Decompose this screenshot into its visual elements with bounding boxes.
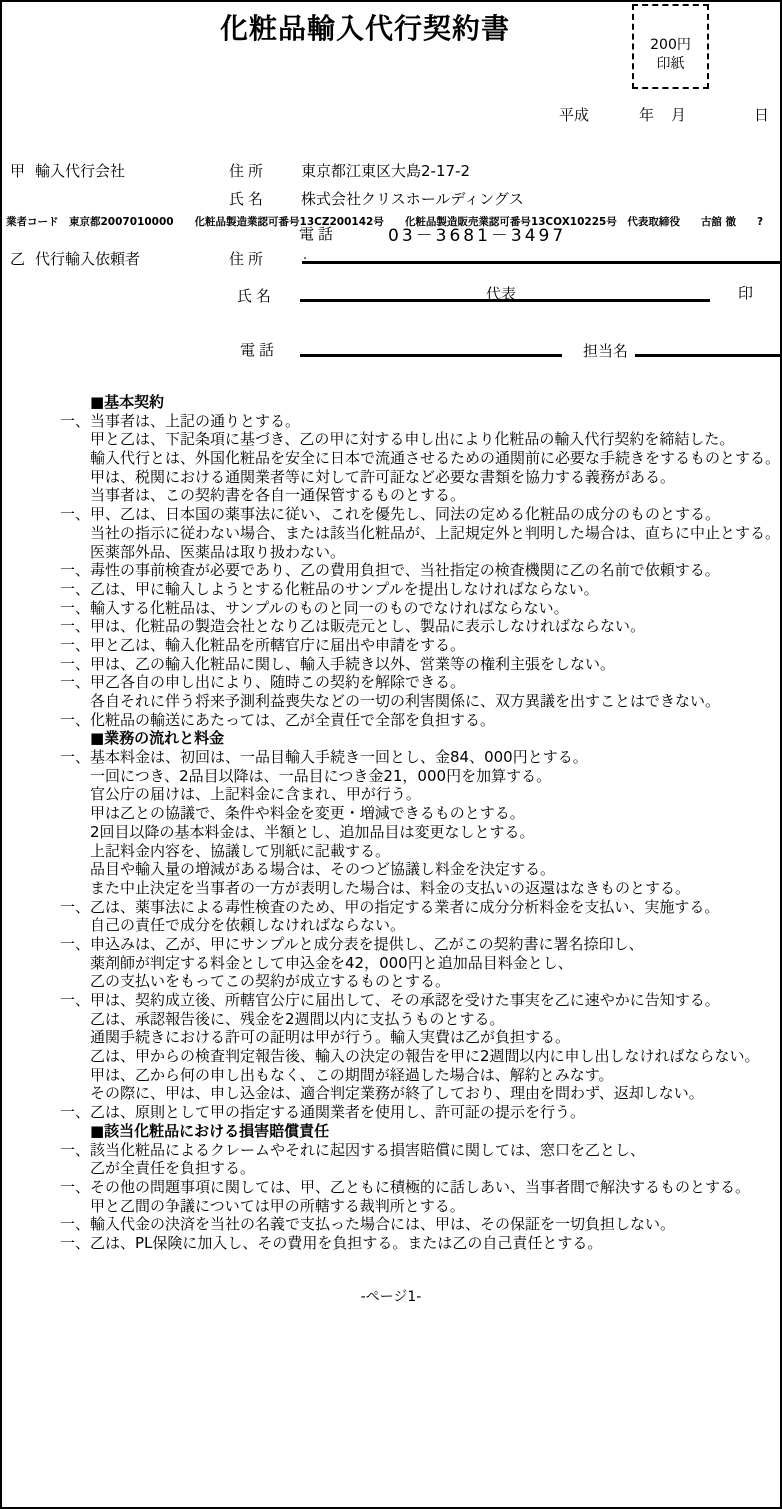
clause-marker: 一、: [60, 580, 90, 599]
clause-marker: 一、: [60, 412, 90, 431]
contract-clause-line: その際に、甲は、申し込金は、適合判定業務が終了しており、理由を問わず、返却しない…: [90, 1084, 780, 1103]
contract-clause-line: 一、該当化粧品によるクレームやそれに起因する損害賠償に関しては、窓口を乙とし、: [60, 1141, 780, 1160]
contract-clause-line: 薬剤師が判定する料金として申込金を42，000円と追加品目料金とし、: [90, 954, 780, 973]
party-b-role-name: 代行輸入依頼者: [35, 248, 140, 269]
contract-clause-line: 自己の責任で成分を依頼しなければならない。: [90, 916, 780, 935]
date-line: 平成 年 月 日: [2, 104, 780, 124]
contract-clause-line: 一回につき、2品目以降は、一品目につき金21，000円を加算する。: [90, 767, 780, 786]
revenue-stamp-box: 200円 印紙: [632, 4, 709, 89]
contract-clause-line: 当事者は、この契約書を各自一通保管するものとする。: [90, 486, 780, 505]
contract-clause-line: 一、甲と乙は、輸入化粧品を所轄官庁に届出や申請をする。: [60, 636, 780, 655]
party-a-address: 東京都江東区大島2-17-2: [301, 160, 470, 181]
party-a-phone-label: 電話: [299, 223, 337, 244]
clause-marker: 一、: [60, 655, 90, 674]
party-a-role-name: 輸入代行会社: [35, 160, 125, 181]
stamp-label: 印紙: [657, 55, 685, 74]
contract-clause-line: 2回目以降の基本料金は、半額とし、追加品目は変更なしとする。: [90, 823, 780, 842]
party-b-seal-label: 印: [738, 282, 753, 303]
contract-clause-line: 乙は、承認報告後に、残金を2週間以内に支払うものとする。: [90, 1010, 780, 1029]
contract-page: 化粧品輸入代行契約書 200円 印紙 平成 年 月 日 甲 輸入代行会社 住所 …: [0, 0, 782, 1509]
contract-clause-line: 通関手続きにおける許可の証明は甲が行う。輸入実費は乙が負担する。: [90, 1028, 780, 1047]
clause-marker: 一、: [60, 748, 90, 767]
contract-clause-line: 一、当事者は、上記の通りとする。: [60, 412, 780, 431]
contract-clause-line: 当社の指示に従わない場合、または該当化粧品が、上記規定外と判明した場合は、直ちに…: [90, 524, 780, 543]
contract-clause-line: 甲と乙間の争議については甲の所轄する裁判所とする。: [90, 1197, 780, 1216]
section-header: ■該当化粧品における損害賠償責任: [90, 1122, 780, 1141]
clause-marker: 一、: [60, 561, 90, 580]
date-month-label: 月: [671, 104, 686, 125]
page-number-footer: -ページ1-: [2, 1286, 780, 1306]
party-a-role: 甲: [10, 160, 25, 181]
contract-clause-line: 甲は、税関における通関業者等に対して許可証など必要な書類を協力する義務がある。: [90, 468, 780, 487]
contract-clause-line: 一、申込みは、乙が、甲にサンプルと成分表を提供し、乙がこの契約書に署名捺印し、: [60, 935, 780, 954]
section-header: ■基本契約: [90, 393, 780, 412]
contract-clause-line: 一、輸入する化粧品は、サンプルのものと同一のものでなければならない。: [60, 599, 780, 618]
stamp-amount: 200円: [650, 36, 691, 55]
date-day-label: 日: [754, 104, 769, 125]
clause-marker: 一、: [60, 505, 90, 524]
section-header: ■業務の流れと料金: [90, 729, 780, 748]
clause-marker: 一、: [60, 1103, 90, 1122]
clause-marker: 一、: [60, 1215, 90, 1234]
party-b-address-blank-line: [302, 261, 782, 264]
contract-body: ■基本契約一、当事者は、上記の通りとする。甲と乙は、下記条項に基づき、乙の甲に対…: [2, 393, 780, 1253]
clause-marker: 一、: [60, 617, 90, 636]
party-a-address-label: 住所: [229, 160, 267, 181]
clause-marker: 一、: [60, 991, 90, 1010]
contract-clause-line: 品目や輸入量の増減がある場合は、そのつど協議し料金を決定する。: [90, 860, 780, 879]
party-b-phone-blank-line: [300, 354, 562, 357]
party-b-contact-blank-line: [635, 354, 782, 357]
party-b-phone-label: 電話: [240, 339, 278, 360]
contract-clause-line: 一、乙は、甲に輸入しようとする化粧品のサンプルを提出しなければならない。: [60, 580, 780, 599]
party-a-name-label: 氏名: [229, 188, 267, 209]
contract-clause-line: 上記料金内容を、協議して別紙に記載する。: [90, 842, 780, 861]
clause-marker: 一、: [60, 1234, 90, 1253]
date-year-label: 年: [639, 104, 654, 125]
contract-clause-line: 一、甲乙各自の申し出により、随時この契約を解除できる。: [60, 673, 780, 692]
contract-clause-line: 一、乙は、PL保険に加入し、その費用を負担する。または乙の自己責任とする。: [60, 1234, 780, 1253]
clause-marker: 一、: [60, 1178, 90, 1197]
contract-clause-line: 一、基本料金は、初回は、一品目輸入手続き一回とし、金84、000円とする。: [60, 748, 780, 767]
contract-clause-line: 各自それに伴う将来予測利益喪失などの一切の利害関係に、双方異議を出すことはできな…: [90, 692, 780, 711]
clause-marker: 一、: [60, 599, 90, 618]
contract-clause-line: 一、甲、乙は、日本国の薬事法に従い、これを優先し、同法の定める化粧品の成分のもの…: [60, 505, 780, 524]
contract-clause-line: 甲は、乙から何の申し出もなく、この期間が経過した場合は、解約とみなす。: [90, 1066, 780, 1085]
contract-clause-line: 一、その他の問題事項に関しては、甲、乙ともに積極的に話しあい、当事者間で解決する…: [60, 1178, 780, 1197]
party-b-name-blank-line: [300, 299, 710, 302]
party-b-contact-label: 担当名: [583, 340, 628, 361]
contract-clause-line: 甲と乙は、下記条項に基づき、乙の甲に対する申し出により化粧品の輸入代行契約を締結…: [90, 430, 780, 449]
contract-clause-line: 乙が全責任を負担する。: [90, 1159, 780, 1178]
clause-marker: 一、: [60, 1141, 90, 1160]
contract-clause-line: 一、毒性の事前検査が必要であり、乙の費用負担で、当社指定の検査機関に乙の名前で依…: [60, 561, 780, 580]
contract-clause-line: 乙の支払いをもってこの契約が成立するものとする。: [90, 972, 780, 991]
contract-clause-line: 一、乙は、薬事法による毒性検査のため、甲の指定する業者に成分分析料金を支払い、実…: [60, 898, 780, 917]
contract-clause-line: 一、甲は、化粧品の製造会社となり乙は販売元とし、製品に表示しなければならない。: [60, 617, 780, 636]
contract-clause-line: 医薬部外品、医薬品は取り扱わない。: [90, 543, 780, 562]
party-a-phone-number: 03－3681－3497: [388, 221, 566, 246]
clause-marker: 一、: [60, 935, 90, 954]
contract-clause-line: 官公庁の届けは、上記料金に含まれ、甲が行う。: [90, 785, 780, 804]
contract-clause-line: また中止決定を当事者の一方が表明した場合は、料金の支払いの返還はなきものとする。: [90, 879, 780, 898]
contract-clause-line: 一、乙は、原則として甲の指定する通関業者を使用し、許可証の提示を行う。: [60, 1103, 780, 1122]
page-title: 化粧品輸入代行契約書: [2, 7, 728, 47]
contract-clause-line: 乙は、甲からの検査判定報告後、輸入の決定の報告を甲に2週間以内に申し出しなければ…: [90, 1047, 780, 1066]
contract-clause-line: 一、輸入代金の決済を当社の名義で支払った場合には、甲は、その保証を一切負担しない…: [60, 1215, 780, 1234]
clause-marker: 一、: [60, 898, 90, 917]
contract-clause-line: 一、化粧品の輸送にあたっては、乙が全責任で全部を負担する。: [60, 711, 780, 730]
contract-clause-line: 一、甲は、契約成立後、所轄官公庁に届出して、その承認を受けた事実を乙に速やかに告…: [60, 991, 780, 1010]
date-era-label: 平成: [559, 104, 589, 125]
party-a-registration-line: 業者コード 東京都2007010000 化粧品製造業認可番号13CZ200142…: [6, 214, 763, 229]
clause-marker: 一、: [60, 711, 90, 730]
contract-clause-line: 甲は乙との協議で、条件や料金を変更・増減できるものとする。: [90, 804, 780, 823]
party-b-address-label: 住所: [229, 248, 267, 269]
party-a-company-name: 株式会社クリスホールディングス: [301, 188, 524, 209]
party-b-role: 乙: [10, 248, 25, 269]
clause-marker: 一、: [60, 636, 90, 655]
contract-clause-line: 輸入代行とは、外国化粧品を安全に日本で流通させるための通関前に必要な手続きをする…: [90, 449, 780, 468]
party-b-name-label: 氏名: [237, 285, 275, 306]
contract-clause-line: 一、甲は、乙の輸入化粧品に関し、輸入手続き以外、営業等の権利主張をしない。: [60, 655, 780, 674]
clause-marker: 一、: [60, 673, 90, 692]
